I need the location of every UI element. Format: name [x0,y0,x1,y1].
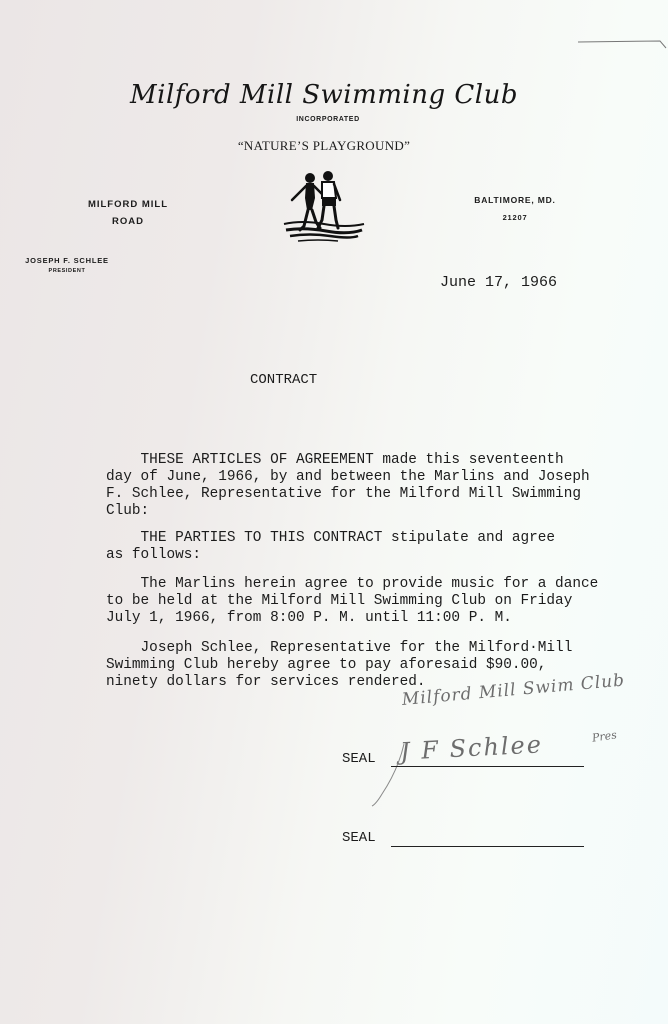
address-line: MILFORD MILL [60,196,196,213]
paragraph-parties: THE PARTIES TO THIS CONTRACT stipulate a… [106,530,646,564]
swimmers-logo-icon [282,170,366,244]
contract-date: June 17, 1966 [440,274,557,291]
signature-line-2 [391,846,584,847]
seal-label-1: SEAL [342,751,376,767]
address-line: ROAD [60,213,196,230]
address-city: BALTIMORE, MD. 21207 [450,192,580,226]
address-zip: 21207 [450,209,580,226]
seal-label-2: SEAL [342,830,376,846]
paragraph-music-services: The Marlins herein agree to provide musi… [106,576,646,627]
address-line: BALTIMORE, MD. [450,192,580,209]
club-motto: “NATURE’S PLAYGROUND” [0,138,658,154]
president-name: JOSEPH F. SCHLEE [0,256,134,265]
address-street: MILFORD MILL ROAD [60,196,196,230]
signature-flourish [368,740,458,810]
handwritten-title: Pres [591,728,617,744]
incorporated-label: INCORPORATED [0,116,662,123]
contract-title: CONTRACT [250,372,317,388]
paragraph-agreement: THESE ARTICLES OF AGREEMENT made this se… [106,452,646,520]
president-title: PRESIDENT [0,268,134,274]
signature-line-1 [391,766,584,767]
club-name: Milford Mill Swimming Club [0,80,658,110]
paper-edge-mark [578,40,668,52]
